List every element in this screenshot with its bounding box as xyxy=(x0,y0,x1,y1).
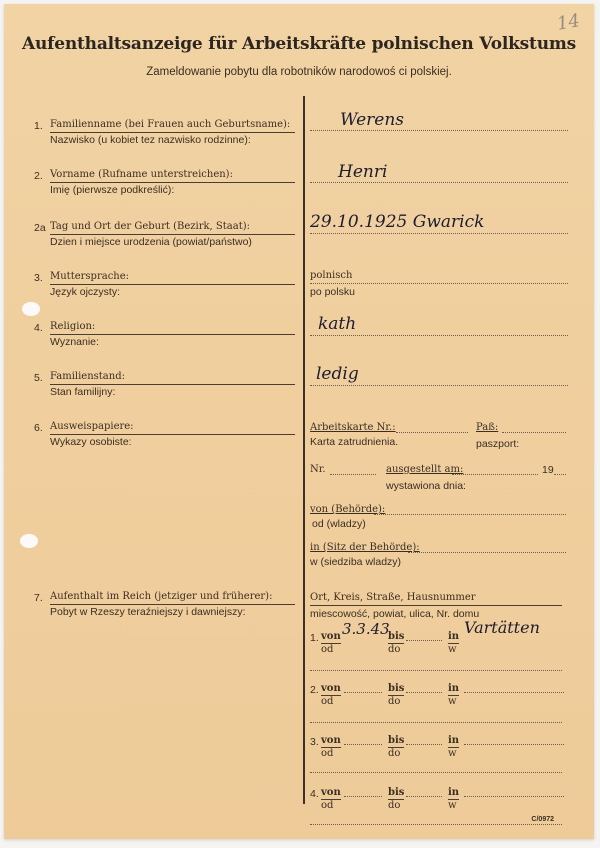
year-line xyxy=(554,474,566,475)
first-name-line xyxy=(310,182,568,183)
sitz-pl: w (siedziba wladzy) xyxy=(310,556,401,568)
entry-1-in[interactable]: Vartätten xyxy=(464,618,540,637)
entry-2-address-line xyxy=(310,722,562,723)
religion-line xyxy=(310,335,568,336)
residence-header-de: Ort, Kreis, Straße, Hausnummer xyxy=(310,592,476,603)
sitz-label: in (Sitz der Behörde): xyxy=(310,542,420,553)
bis-label: bisdo xyxy=(388,683,404,708)
in-label: inw xyxy=(448,735,459,760)
von-behoerde-line xyxy=(374,514,566,515)
entry-4-bis-line[interactable] xyxy=(406,796,442,797)
column-divider xyxy=(303,96,305,804)
value-mother-tongue-pl: po polsku xyxy=(310,286,355,298)
entry-3-von-line[interactable] xyxy=(344,744,382,745)
field-number: 5. xyxy=(34,372,43,384)
residence-header-line xyxy=(310,605,562,606)
field-number: 4. xyxy=(34,322,43,334)
entry-1-von[interactable]: 3.3.43 xyxy=(342,620,390,638)
label-birth: Tag und Ort der Geburt (Bezirk, Staat): … xyxy=(50,220,295,249)
entry-number: 1. xyxy=(310,632,319,644)
value-religion[interactable]: kath xyxy=(318,314,356,334)
entry-2-von-line[interactable] xyxy=(344,692,382,693)
value-surname[interactable]: Werens xyxy=(340,110,404,130)
entry-number: 4. xyxy=(310,788,319,800)
residence-header-pl: miescowość, powiat, ulica, Nr. domu xyxy=(310,608,479,620)
form-title: Aufenthaltsanzeige für Arbeitskräfte pol… xyxy=(4,34,594,54)
form-subtitle: Zameldowanie pobytu dla robotników narod… xyxy=(4,66,594,78)
arbeitskarte-label: Arbeitskarte Nr.: xyxy=(310,422,396,433)
in-label: inw xyxy=(448,787,459,812)
von-label: vonod xyxy=(321,735,341,760)
punch-hole xyxy=(20,534,38,548)
von-label: vonod xyxy=(321,631,341,656)
page-number: 14 xyxy=(555,10,581,35)
field-number: 2a xyxy=(34,222,46,234)
label-mother-tongue: Muttersprache: Język ojczysty: xyxy=(50,270,295,299)
entry-number: 3. xyxy=(310,736,319,748)
arbeitskarte-line xyxy=(396,432,468,433)
entry-1-address-line xyxy=(310,670,562,671)
entry-3-in-line[interactable] xyxy=(464,744,564,745)
label-surname: Familienname (bei Frauen auch Geburtsnam… xyxy=(50,118,295,147)
bis-label: bisdo xyxy=(388,631,404,656)
in-label: inw xyxy=(448,683,459,708)
label-first-name: Vorname (Rufname unterstreichen): Imię (… xyxy=(50,168,295,197)
label-marital-status: Familienstand: Stan familijny: xyxy=(50,370,295,399)
pass-pl: paszport: xyxy=(476,438,519,450)
field-number: 2. xyxy=(34,170,43,182)
value-first-name[interactable]: Henri xyxy=(338,162,387,182)
pass-label: Paß: xyxy=(476,422,498,433)
bis-label: bisdo xyxy=(388,787,404,812)
nr-line xyxy=(330,474,376,475)
field-number: 1. xyxy=(34,120,43,132)
entry-3-address-line xyxy=(310,772,562,773)
value-mother-tongue-de: polnisch xyxy=(310,270,352,281)
entry-3-bis-line[interactable] xyxy=(406,744,442,745)
label-religion: Religion: Wyznanie: xyxy=(50,320,295,349)
arbeitskarte-pl: Karta zatrudnienia. xyxy=(310,436,398,448)
entry-4-address-line xyxy=(310,824,562,825)
sitz-line xyxy=(408,552,566,553)
von-label: vonod xyxy=(321,683,341,708)
birth-line xyxy=(310,233,568,234)
surname-line xyxy=(310,130,568,131)
field-number: 7. xyxy=(34,592,43,604)
von-label: vonod xyxy=(321,787,341,812)
year-prefix: 19 xyxy=(542,464,554,476)
von-behoerde-pl: od (wladzy) xyxy=(312,518,366,530)
punch-hole xyxy=(22,302,40,316)
entry-4-in-line[interactable] xyxy=(464,796,564,797)
field-number: 3. xyxy=(34,272,43,284)
entry-2-in-line[interactable] xyxy=(464,692,564,693)
value-birth[interactable]: 29.10.1925 Gwarick xyxy=(310,212,484,232)
label-residence: Aufenthalt im Reich (jetziger und früher… xyxy=(50,590,295,619)
nr-label: Nr. xyxy=(310,464,326,475)
ausgestellt-line xyxy=(452,474,538,475)
entry-2-bis-line[interactable] xyxy=(406,692,442,693)
marital-status-line xyxy=(310,385,568,386)
pass-line xyxy=(502,432,566,433)
entry-4-von-line[interactable] xyxy=(344,796,382,797)
entry-number: 2. xyxy=(310,684,319,696)
label-id-papers: Ausweispapiere: Wykazy osobiste: xyxy=(50,420,295,449)
form-paper: 14 Aufenthaltsanzeige für Arbeitskräfte … xyxy=(4,4,594,839)
form-code: C/0972 xyxy=(531,816,554,823)
ausgestellt-pl: wystawiona dnia: xyxy=(386,480,466,492)
mother-tongue-line xyxy=(310,283,568,284)
value-marital-status[interactable]: ledig xyxy=(316,364,359,384)
bis-label: bisdo xyxy=(388,735,404,760)
field-number: 6. xyxy=(34,422,43,434)
in-label: inw xyxy=(448,631,459,656)
entry-1-bis-line xyxy=(406,640,442,641)
